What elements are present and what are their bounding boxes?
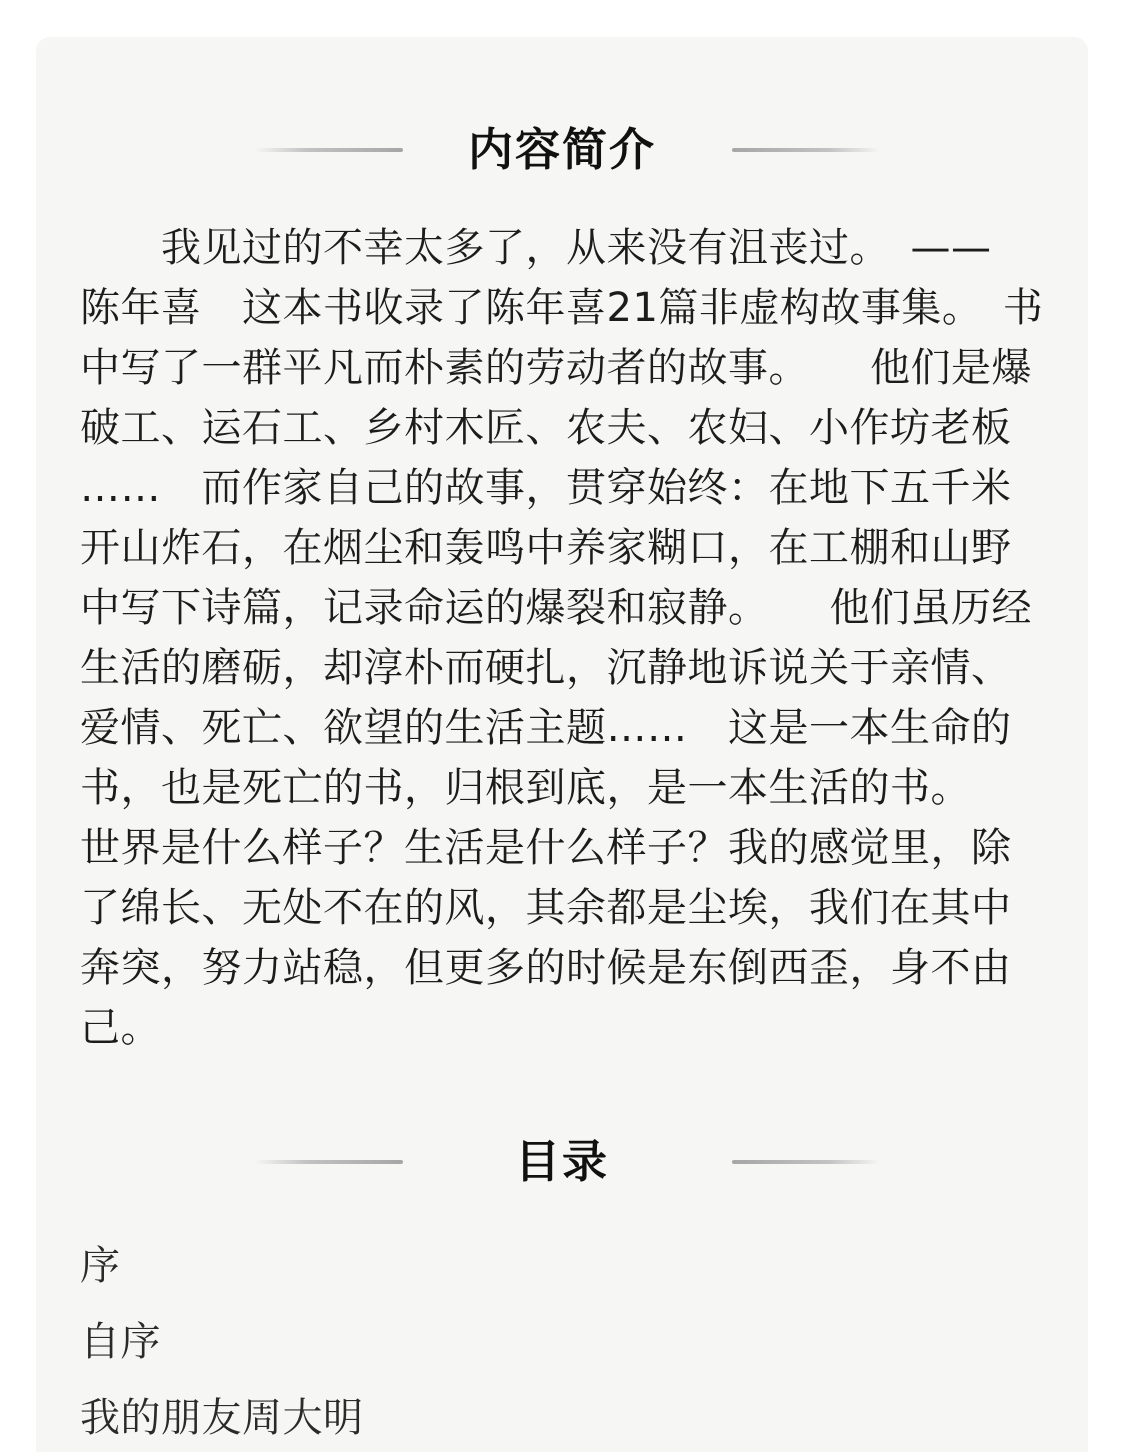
book-description-page: 内容简介 我见过的不幸太多了，从来没有沮丧过。 —— 陈年喜 这本书收录了陈年喜… <box>0 0 1125 1452</box>
toc-item-my-friend-zhou-daming: 我的朋友周大明 <box>80 1380 364 1452</box>
intro-section-title: 内容简介 <box>468 118 656 182</box>
decorative-dash-left <box>255 1160 403 1164</box>
paragraph-line: 了绵长、无处不在的风，其余都是尘埃，我们在其中 <box>80 878 1070 938</box>
paragraph-line: 己。 <box>80 998 1070 1058</box>
paragraph-line: 我见过的不幸太多了，从来没有沮丧过。 —— <box>80 218 1070 278</box>
paragraph-line: 生活的磨砺，却淳朴而硬扎，沉静地诉说关于亲情、 <box>80 638 1070 698</box>
paragraph-line: 书，也是死亡的书，归根到底，是一本生活的书。 <box>80 758 1070 818</box>
toc-list: 序 自序 我的朋友周大明 <box>80 1228 364 1452</box>
paragraph-line: 奔突，努力站稳，但更多的时候是东倒西歪，身不由 <box>80 938 1070 998</box>
toc-item-self-preface: 自序 <box>80 1304 364 1380</box>
paragraph-line: 爱情、死亡、欲望的生活主题…… 这是一本生命的 <box>80 698 1070 758</box>
paragraph-line: 开山炸石，在烟尘和轰鸣中养家糊口，在工棚和山野 <box>80 518 1070 578</box>
content-card: 内容简介 我见过的不幸太多了，从来没有沮丧过。 —— 陈年喜 这本书收录了陈年喜… <box>36 37 1088 1452</box>
toc-item-preface: 序 <box>80 1228 364 1304</box>
toc-section-title: 目录 <box>515 1130 609 1194</box>
paragraph-line: 中写下诗篇，记录命运的爆裂和寂静。 他们虽历经 <box>80 578 1070 638</box>
paragraph-line: …… 而作家自己的故事，贯穿始终：在地下五千米 <box>80 458 1070 518</box>
intro-paragraph: 我见过的不幸太多了，从来没有沮丧过。 —— 陈年喜 这本书收录了陈年喜21篇非虚… <box>80 218 1070 1058</box>
paragraph-line: 中写了一群平凡而朴素的劳动者的故事。 他们是爆 <box>80 338 1070 398</box>
paragraph-line: 陈年喜 这本书收录了陈年喜21篇非虚构故事集。 书 <box>80 278 1070 338</box>
paragraph-line: 世界是什么样子？生活是什么样子？我的感觉里，除 <box>80 818 1070 878</box>
toc-section-header: 目录 <box>36 1130 1088 1194</box>
decorative-dash-right <box>732 1160 880 1164</box>
intro-section-header: 内容简介 <box>36 118 1088 182</box>
paragraph-line: 破工、运石工、乡村木匠、农夫、农妇、小作坊老板 <box>80 398 1070 458</box>
decorative-dash-left <box>255 148 403 152</box>
decorative-dash-right <box>732 148 880 152</box>
